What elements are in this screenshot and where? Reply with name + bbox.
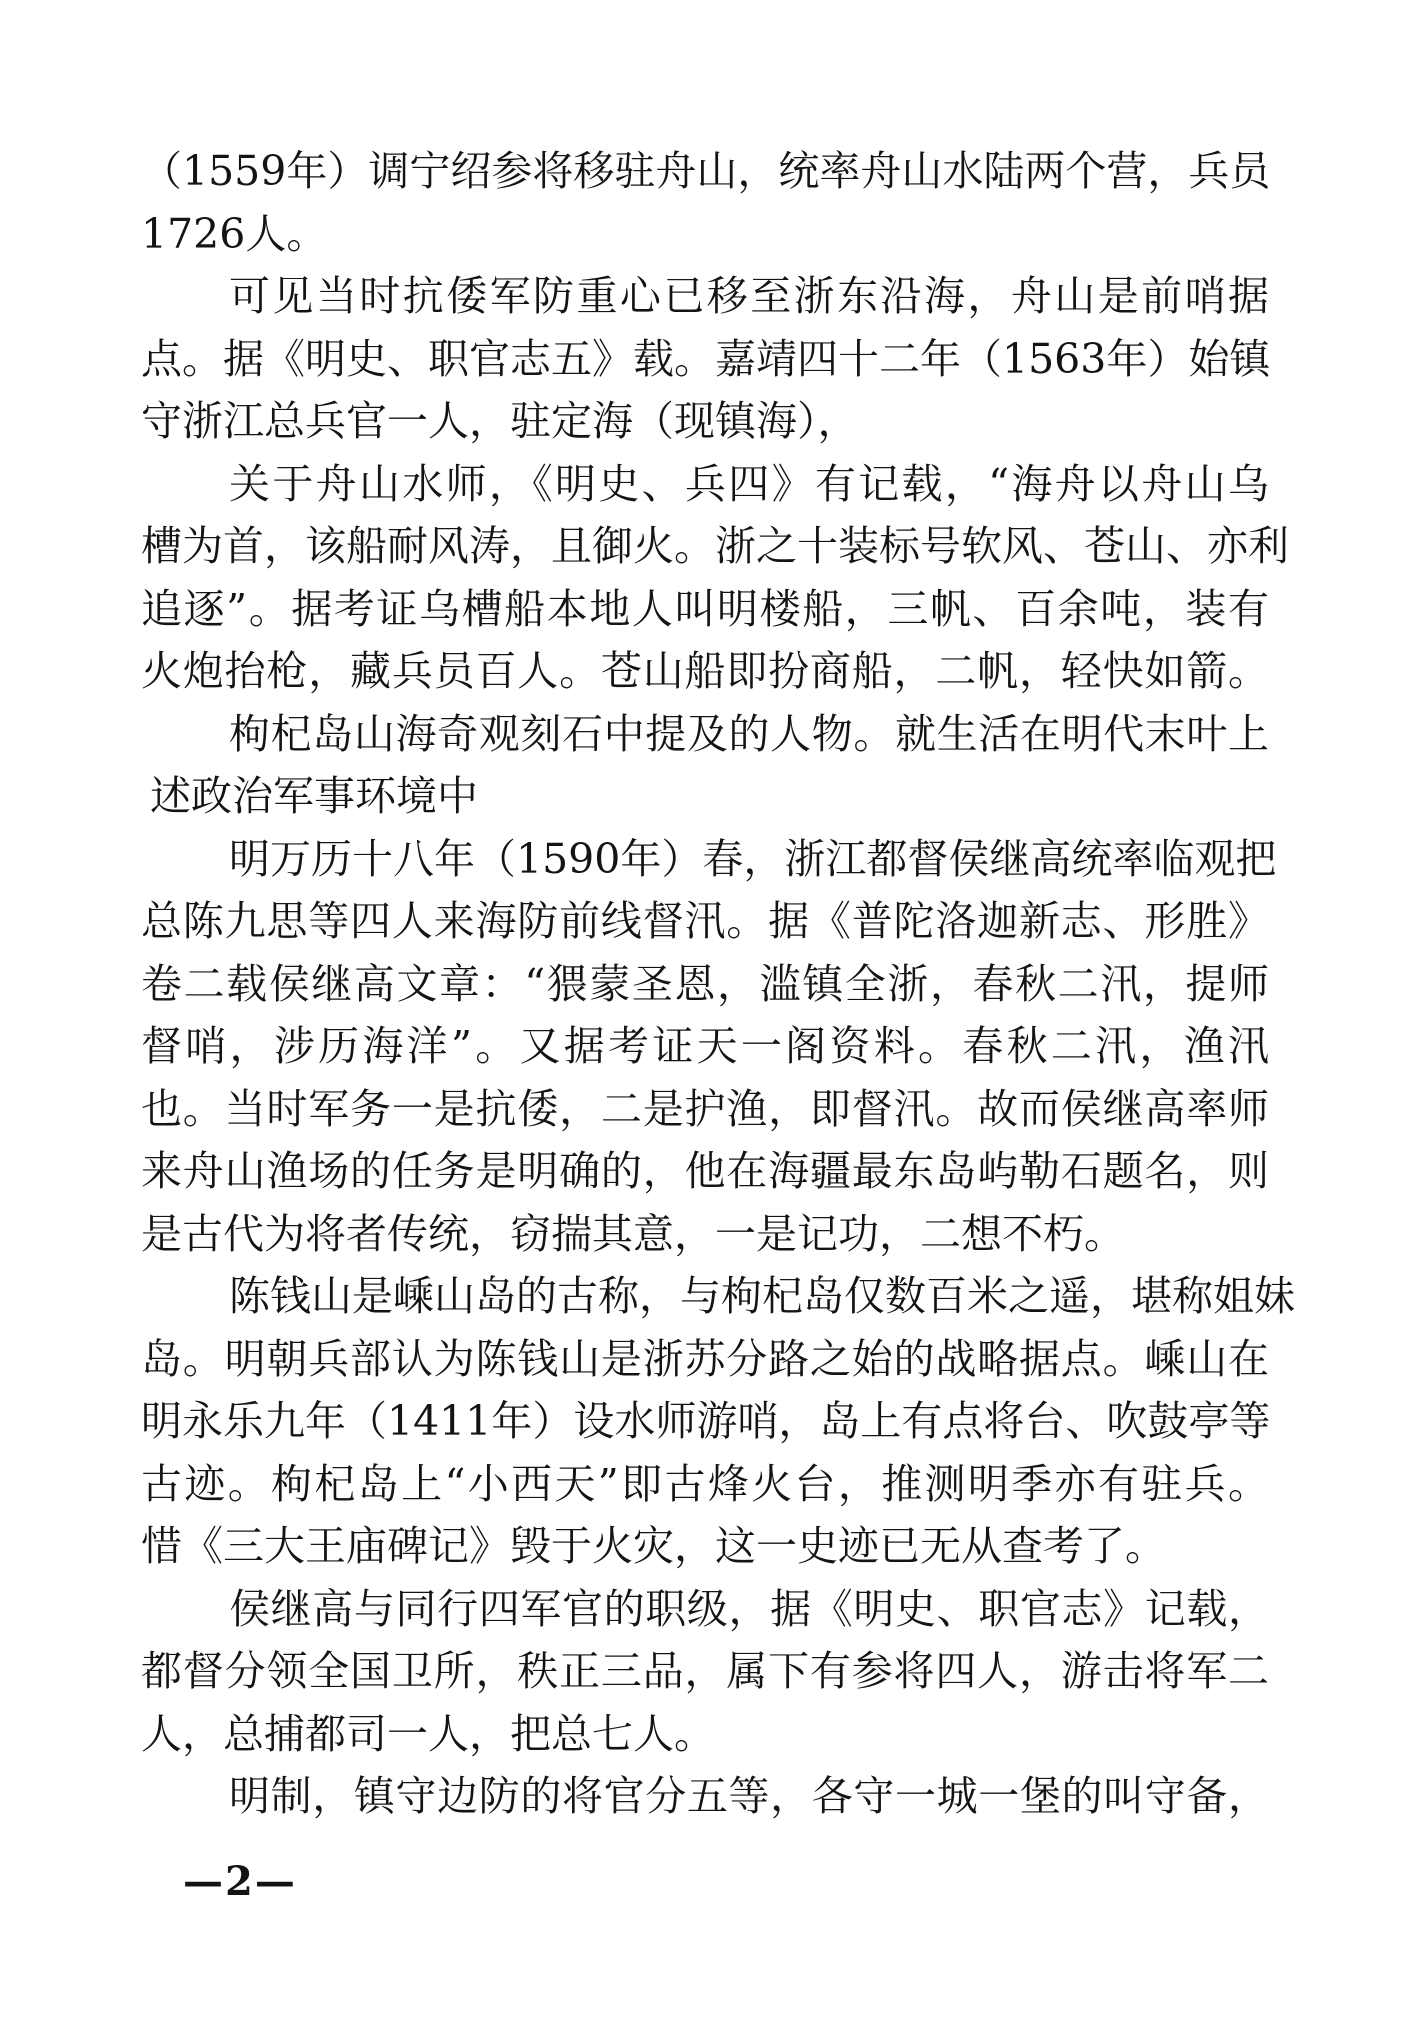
- text-line-5: 守浙江总兵官一人，驻定海（现镇海），: [141, 396, 859, 446]
- text-line-11: 述政治军事环境中: [150, 771, 478, 821]
- text-line-14: 卷二载侯继高文章：“猥蒙圣恩，滥镇全浙，春秋二汛，提师: [141, 959, 1269, 1009]
- text-line-13: 总陈九思等四人来海防前线督汛。据《普陀洛迦新志、形胜》: [141, 896, 1269, 946]
- document-page: （1559年）调宁绍参将移驻舟山，统率舟山水陆两个营，兵员 1726人。 可见当…: [0, 0, 1413, 2040]
- text-line-16: 也。当时军务一是抗倭，二是护渔，即督汛。故而侯继高率师: [141, 1084, 1269, 1134]
- text-line-15: 督哨，涉历海洋”。又据考证天一阁资料。春秋二汛，渔汛: [141, 1021, 1269, 1071]
- text-line-9: 火炮抬枪，藏兵员百人。苍山船即扮商船，二帆，轻快如箭。: [141, 646, 1269, 696]
- text-line-20: 岛。明朝兵部认为陈钱山是浙苏分路之始的战略据点。嵊山在: [141, 1334, 1269, 1384]
- text-line-26: 人，总捕都司一人，把总七人。: [141, 1709, 715, 1759]
- text-line-21: 明永乐九年（1411年）设水师游哨，岛上有点将台、吹鼓亭等: [141, 1396, 1269, 1446]
- text-line-23: 惜《三大王庙碑记》毁于火灾，这一史迹已无从查考了。: [141, 1521, 1166, 1571]
- text-line-1: （1559年）调宁绍参将移驻舟山，统率舟山水陆两个营，兵员: [141, 146, 1269, 196]
- text-line-12: 明万历十八年（1590年）春，浙江都督侯继高统率临观把: [229, 834, 1269, 884]
- text-line-7: 槽为首，该船耐风涛，且御火。浙之十装标号软风、苍山、亦利: [141, 521, 1269, 571]
- text-line-19: 陈钱山是嵊山岛的古称，与枸杞岛仅数百米之遥，堪称姐妹: [229, 1271, 1269, 1321]
- text-line-4: 点。据《明史、职官志五》载。嘉靖四十二年（1563年）始镇: [141, 334, 1269, 384]
- text-line-10: 枸杞岛山海奇观刻石中提及的人物。就生活在明代末叶上: [229, 709, 1269, 759]
- page-number: —2—: [183, 1862, 297, 1902]
- text-line-22: 古迹。枸杞岛上“小西天”即古烽火台，推测明季亦有驻兵。: [141, 1459, 1269, 1509]
- text-line-18: 是古代为将者传统，窃揣其意，一是记功，二想不朽。: [141, 1209, 1125, 1259]
- text-line-6: 关于舟山水师，《明史、兵四》有记载，“海舟以舟山乌: [229, 459, 1269, 509]
- text-line-25: 都督分领全国卫所，秩正三品，属下有参将四人，游击将军二: [141, 1646, 1269, 1696]
- text-line-2: 1726人。: [141, 209, 327, 259]
- text-line-3: 可见当时抗倭军防重心已移至浙东沿海，舟山是前哨据: [229, 271, 1269, 321]
- text-line-8: 追逐”。据考证乌槽船本地人叫明楼船，三帆、百余吨，装有: [141, 584, 1269, 634]
- text-line-24: 侯继高与同行四军官的职级，据《明史、职官志》记载，: [229, 1584, 1269, 1634]
- text-line-27: 明制，镇守边防的将官分五等，各守一城一堡的叫守备，: [229, 1771, 1269, 1821]
- text-line-17: 来舟山渔场的任务是明确的，他在海疆最东岛屿勒石题名，则: [141, 1146, 1269, 1196]
